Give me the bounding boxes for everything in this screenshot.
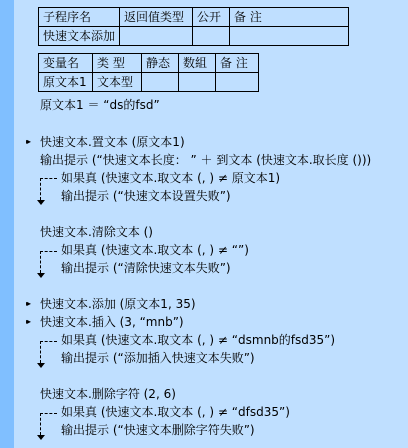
variable-name-cell[interactable]: 原文本1 [39,73,93,92]
code-line-if-2[interactable]: 如果真 (快速文本.取文本 (, ) ≠ “”) [61,242,249,258]
header-remark: 备 注 [216,54,259,73]
branch-arrow-icon [37,363,45,368]
code-line-then-4[interactable]: 输出提示 (“快速文本删除字符失败”) [61,422,255,438]
branch-connector [40,341,57,342]
header-variable-name: 变量名 [39,54,93,73]
header-subroutine-name: 子程序名 [39,8,120,27]
left-gutter [0,0,14,448]
variable-array-cell[interactable] [179,73,216,92]
header-return-type: 返回值类型 [120,8,193,27]
public-cell[interactable] [193,27,230,46]
branch-arrow-icon [37,273,45,278]
branch-line [40,413,41,435]
variable-remark-cell[interactable] [216,73,259,92]
variable-header-row: 变量名 类 型 静态 数組 备 注 [39,54,259,73]
subroutine-name-cell[interactable]: 快速文本添加 [39,27,120,46]
variable-table: 变量名 类 型 静态 数組 备 注 原文本1 文本型 [38,53,259,92]
branch-connector [40,413,57,414]
header-array: 数組 [179,54,216,73]
branch-line [40,251,41,273]
branch-arrow-icon [37,200,45,205]
code-line-output-length[interactable]: 输出提示 (“快速文本长度： ” ＋ 到文本 (快速文本.取长度 ())) [40,152,371,168]
code-line-clear-text[interactable]: 快速文本.清除文本 () [40,224,153,240]
branch-connector [40,251,57,252]
code-line-remove-chars[interactable]: 快速文本.删除字符 (2, 6) [40,386,176,402]
code-line-if-4[interactable]: 如果真 (快速文本.取文本 (, ) ≠ “dfsd35”) [61,404,290,420]
call-marker-icon: ▸▸ [26,134,28,150]
remark-cell[interactable] [230,27,349,46]
return-type-cell[interactable] [120,27,193,46]
header-type: 类 型 [93,54,142,73]
subroutine-row: 快速文本添加 [39,27,349,46]
branch-line [40,341,41,363]
code-line-then-3[interactable]: 输出提示 (“添加插入快速文本失败”) [61,350,255,366]
variable-static-cell[interactable] [142,73,179,92]
code-line-assign[interactable]: 原文本1 ＝ “ds的fsd” [40,97,160,113]
variable-type-cell[interactable]: 文本型 [93,73,142,92]
subroutine-header-row: 子程序名 返回值类型 公开 备 注 [39,8,349,27]
call-marker-icon: ▸▸ [26,314,28,330]
subroutine-table: 子程序名 返回值类型 公开 备 注 快速文本添加 [38,7,349,46]
code-line-add[interactable]: 快速文本.添加 (原文本1, 35) [40,296,196,312]
header-public: 公开 [193,8,230,27]
code-line-then-2[interactable]: 输出提示 (“清除快速文本失败”) [61,260,231,276]
code-line-set-text[interactable]: 快速文本.置文本 (原文本1) [40,134,185,150]
code-line-then-1[interactable]: 输出提示 (“快速文本设置失败”) [61,188,231,204]
branch-line [40,178,41,200]
branch-connector [40,178,57,179]
code-line-insert[interactable]: 快速文本.插入 (3, “mnb”) [40,314,184,330]
call-marker-icon: ▸▸ [26,296,28,312]
branch-arrow-icon [37,435,45,440]
header-remark: 备 注 [230,8,349,27]
variable-row: 原文本1 文本型 [39,73,259,92]
code-line-if-3[interactable]: 如果真 (快速文本.取文本 (, ) ≠ “dsmnb的fsd35”) [61,332,335,348]
code-line-if-1[interactable]: 如果真 (快速文本.取文本 (, ) ≠ 原文本1) [61,170,280,186]
header-static: 静态 [142,54,179,73]
